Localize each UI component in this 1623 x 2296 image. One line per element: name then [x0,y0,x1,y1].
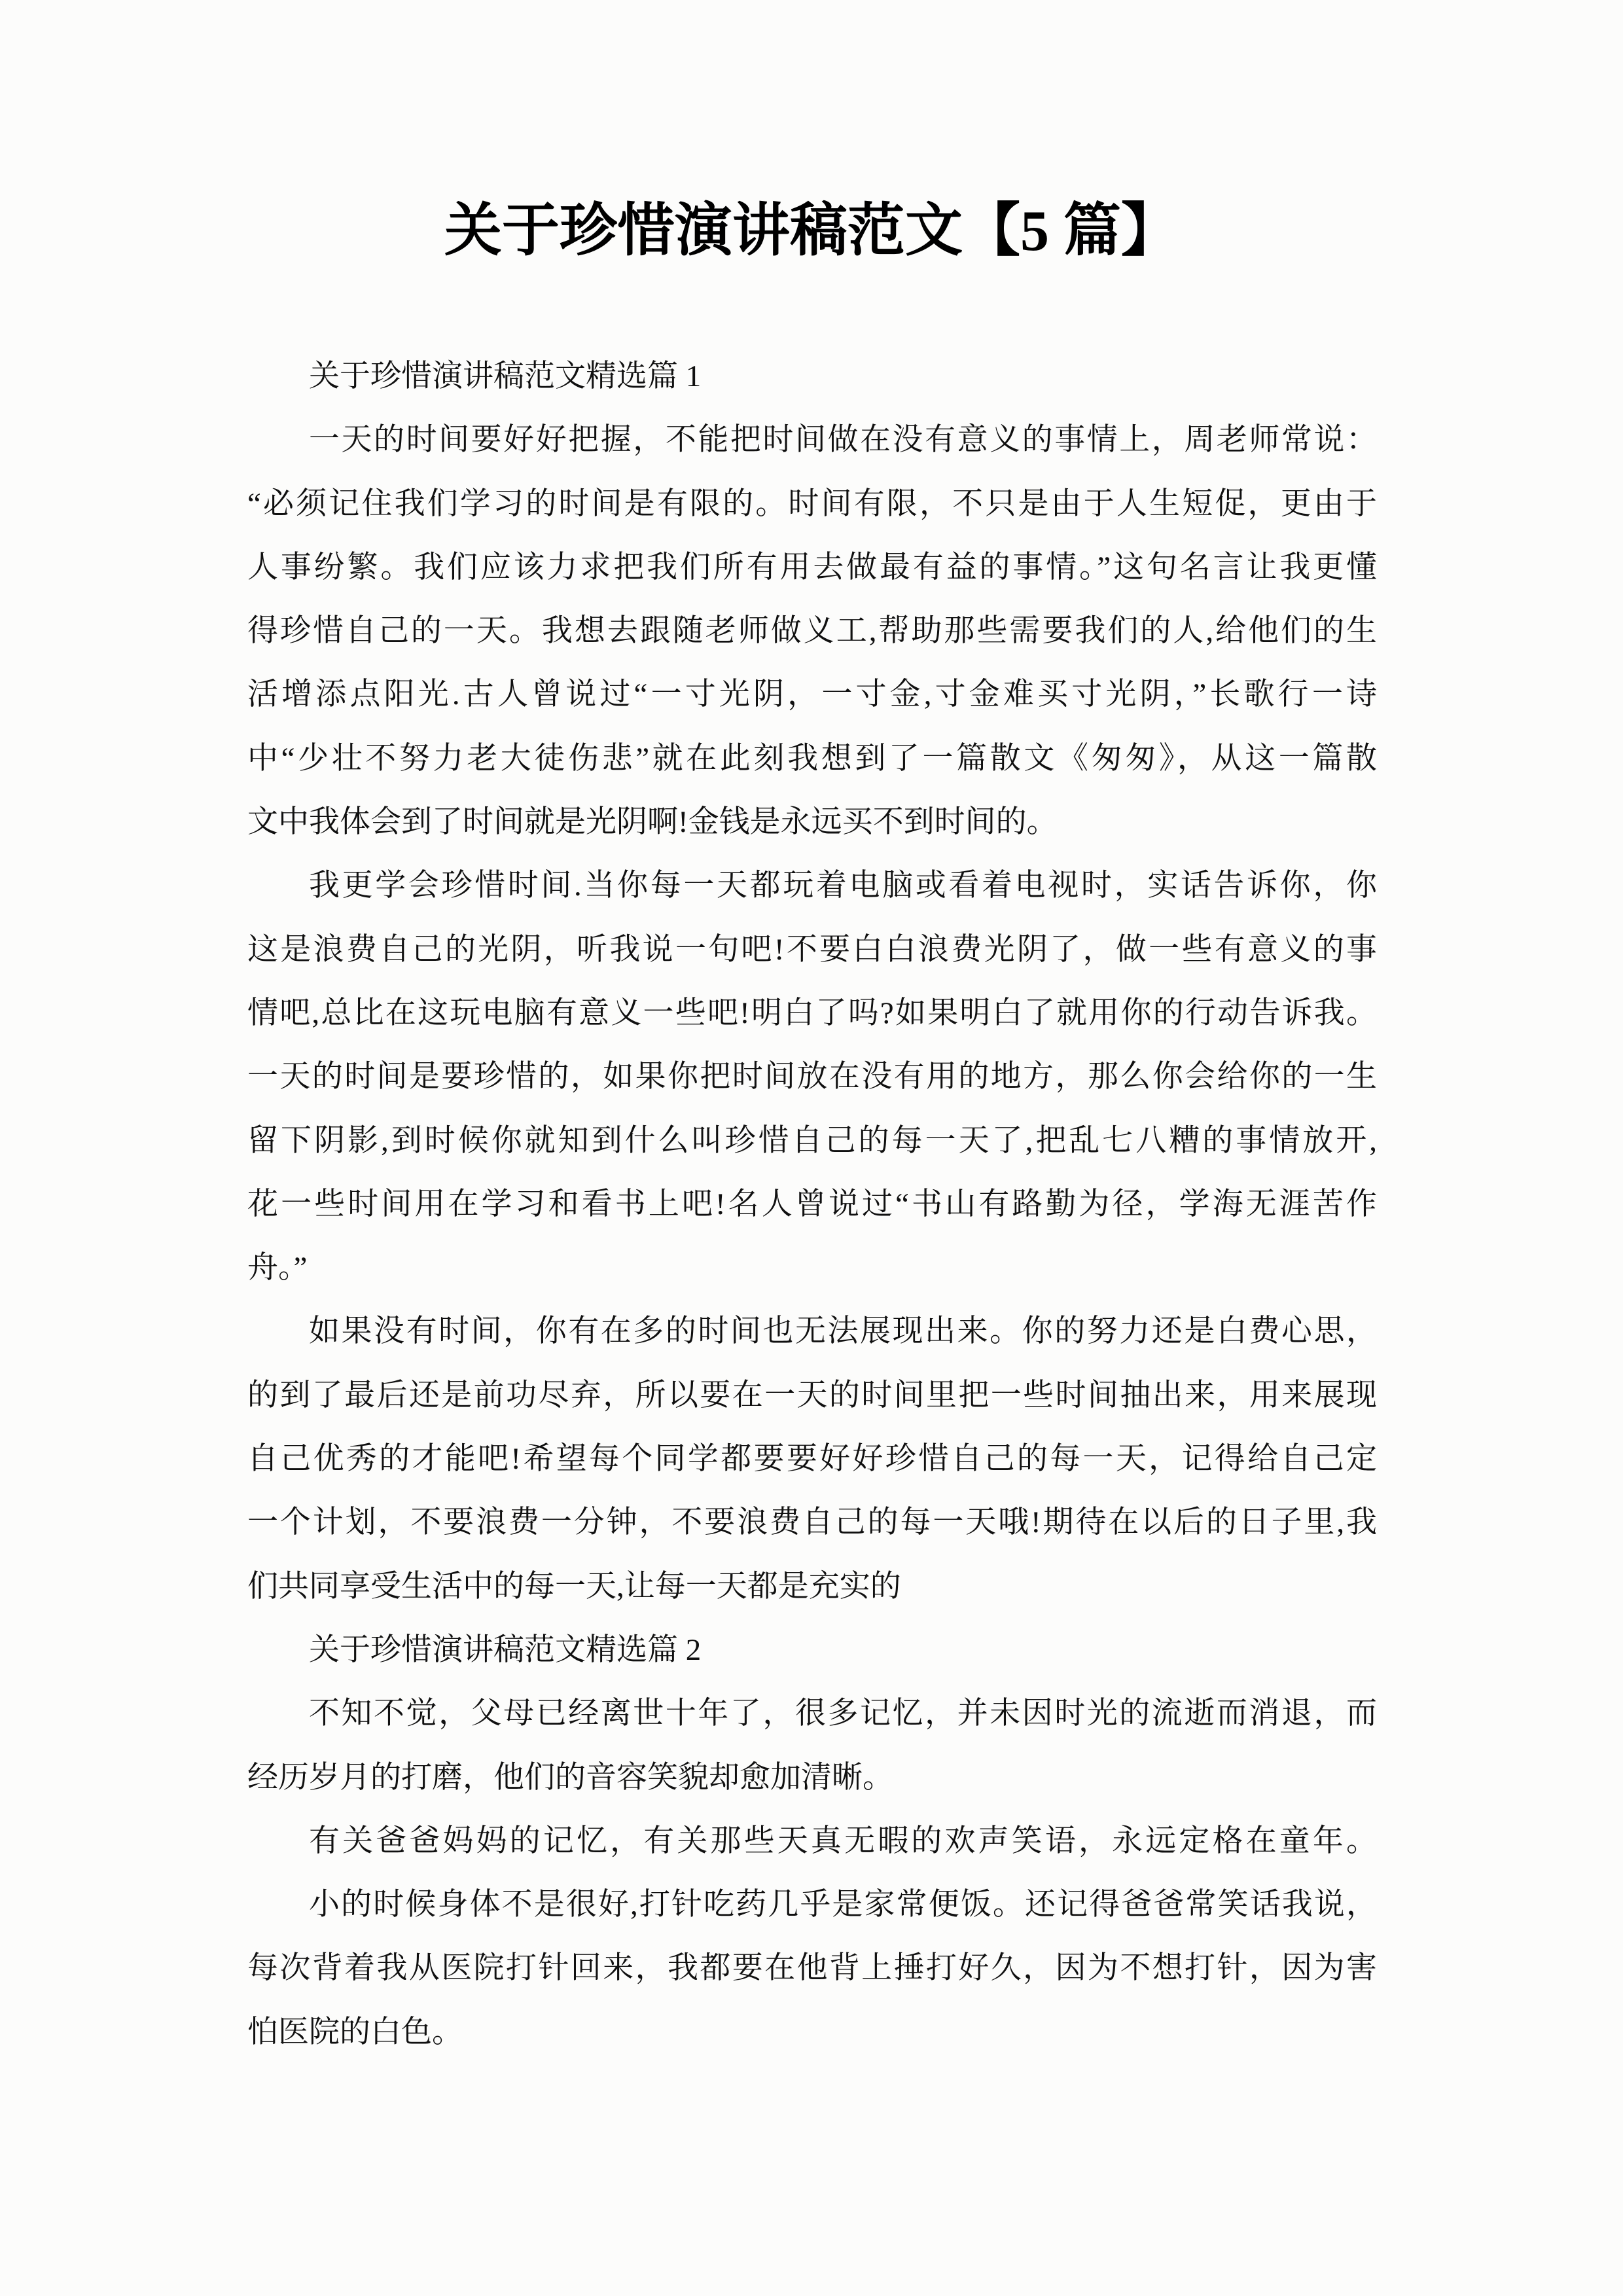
section-heading-2: 关于珍惜演讲稿范文精选篇 2 [247,1619,1377,1682]
body-line: 一个计划，不要浪费一分钟，不要浪费自己的每一天哦!期待在以后的日子里,我 [247,1491,1377,1554]
body-line: 活增添点阳光.古人曾说过“一寸光阴，一寸金,寸金难买寸光阴，”长歌行一诗 [247,663,1377,726]
body-line: 小的时候身体不是很好,打针吃药几乎是家常便饭。还记得爸爸常笑话我说， [247,1873,1377,1937]
body-line: 们共同享受生活中的每一天,让每一天都是充实的 [247,1555,1377,1619]
body-line: 得珍惜自己的一天。我想去跟随老师做义工,帮助那些需要我们的人,给他们的生 [247,600,1377,663]
body-line: 经历岁月的打磨，他们的音容笑貌却愈加清晰。 [247,1746,1377,1810]
body-line: 我更学会珍惜时间.当你每一天都玩着电脑或看着电视时，实话告诉你，你 [247,854,1377,918]
body-line: 留下阴影,到时候你就知到什么叫珍惜自己的每一天了,把乱七八糟的事情放开, [247,1109,1377,1173]
body-line: 自己优秀的才能吧!希望每个同学都要要好好珍惜自己的每一天，记得给自己定 [247,1427,1377,1491]
body-line: “必须记住我们学习的时间是有限的。时间有限，不只是由于人生短促，更由于 [247,473,1377,536]
body-line: 舟。” [247,1236,1377,1300]
section-heading-1: 关于珍惜演讲稿范文精选篇 1 [247,345,1377,408]
body-line: 情吧,总比在这玩电脑有意义一些吧!明白了吗?如果明白了就用你的行动告诉我。 [247,982,1377,1045]
document-body: 关于珍惜演讲稿范文精选篇 1 一天的时间要好好把握，不能把时间做在没有意义的事情… [247,345,1377,2064]
body-line: 人事纷繁。我们应该力求把我们所有用去做最有益的事情。”这句名言让我更懂 [247,536,1377,600]
body-line: 这是浪费自己的光阴，听我说一句吧!不要白白浪费光阴了，做一些有意义的事 [247,918,1377,982]
body-line: 文中我体会到了时间就是光阴啊!金钱是永远买不到时间的。 [247,791,1377,854]
document-page: 关于珍惜演讲稿范文【5 篇】 关于珍惜演讲稿范文精选篇 1 一天的时间要好好把握… [0,0,1623,2296]
body-line: 中“少壮不努力老大徒伤悲”就在此刻我想到了一篇散文《匆匆》，从这一篇散 [247,727,1377,791]
body-line: 怕医院的白色。 [247,2001,1377,2064]
page-title: 关于珍惜演讲稿范文【5 篇】 [0,200,1623,264]
body-line: 的到了最后还是前功尽弃，所以要在一天的时间里把一些时间抽出来，用来展现 [247,1364,1377,1427]
body-line: 不知不觉，父母已经离世十年了，很多记忆，并未因时光的流逝而消退，而 [247,1682,1377,1746]
body-line: 每次背着我从医院打针回来，我都要在他背上捶打好久，因为不想打针，因为害 [247,1937,1377,2000]
body-line: 有关爸爸妈妈的记忆，有关那些天真无暇的欢声笑语，永远定格在童年。 [247,1810,1377,1873]
body-line: 如果没有时间，你有在多的时间也无法展现出来。你的努力还是白费心思， [247,1300,1377,1363]
body-line: 一天的时间要好好把握，不能把时间做在没有意义的事情上，周老师常说： [247,408,1377,472]
body-line: 花一些时间用在学习和看书上吧!名人曾说过“书山有路勤为径，学海无涯苦作 [247,1173,1377,1236]
body-line: 一天的时间是要珍惜的，如果你把时间放在没有用的地方，那么你会给你的一生 [247,1045,1377,1109]
